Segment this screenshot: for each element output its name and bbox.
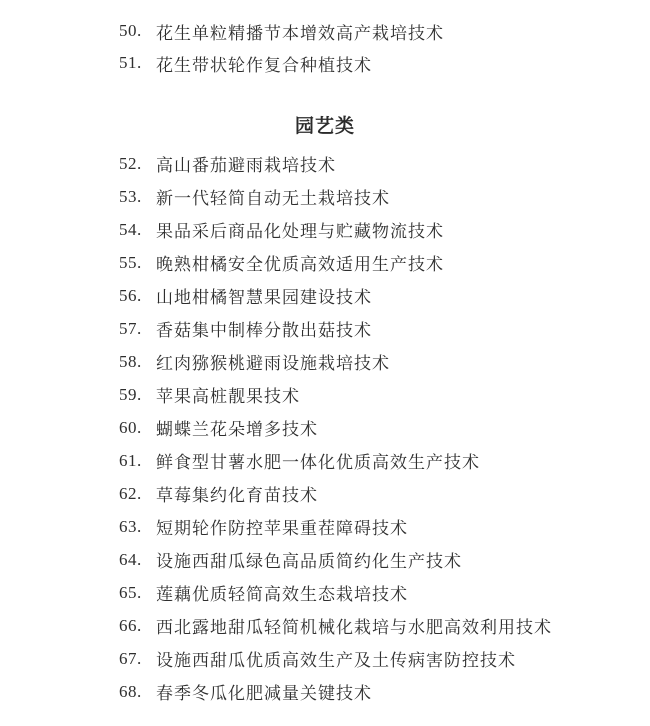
item-number: 65. — [119, 583, 156, 603]
list-item: 53.新一代轻简自动无土栽培技术 — [0, 180, 650, 213]
list-horticulture: 52.高山番茄避雨栽培技术53.新一代轻简自动无土栽培技术54.果品采后商品化处… — [0, 147, 650, 708]
item-number: 62. — [119, 484, 156, 504]
list-item: 60.蝴蝶兰花朵增多技术 — [0, 411, 650, 444]
list-item: 52.高山番茄避雨栽培技术 — [0, 147, 650, 180]
list-item: 57.香菇集中制棒分散出菇技术 — [0, 312, 650, 345]
item-text: 设施西甜瓜绿色高品质简约化生产技术 — [156, 547, 462, 572]
item-number: 54. — [119, 220, 156, 240]
item-number: 64. — [119, 550, 156, 570]
list-item: 68.春季冬瓜化肥减量关键技术 — [0, 675, 650, 708]
list-item: 67.设施西甜瓜优质高效生产及土传病害防控技术 — [0, 642, 650, 675]
item-text: 苹果高桩靓果技术 — [156, 382, 300, 407]
item-text: 果品采后商品化处理与贮藏物流技术 — [156, 217, 444, 242]
list-top: 50.花生单粒精播节本增效高产栽培技术51.花生带状轮作复合种植技术 — [0, 15, 650, 79]
item-text: 晚熟柑橘安全优质高效适用生产技术 — [156, 250, 444, 275]
list-item: 64.设施西甜瓜绿色高品质简约化生产技术 — [0, 543, 650, 576]
list-item: 58.红肉猕猴桃避雨设施栽培技术 — [0, 345, 650, 378]
list-item: 56.山地柑橘智慧果园建设技术 — [0, 279, 650, 312]
item-number: 55. — [119, 253, 156, 273]
item-text: 草莓集约化育苗技术 — [156, 481, 318, 506]
list-item: 66.西北露地甜瓜轻简机械化栽培与水肥高效利用技术 — [0, 609, 650, 642]
item-number: 59. — [119, 385, 156, 405]
item-number: 56. — [119, 286, 156, 306]
item-number: 68. — [119, 682, 156, 702]
item-number: 51. — [119, 53, 156, 73]
item-number: 58. — [119, 352, 156, 372]
item-number: 67. — [119, 649, 156, 669]
list-item: 61.鲜食型甘薯水肥一体化优质高效生产技术 — [0, 444, 650, 477]
list-item: 65.莲藕优质轻简高效生态栽培技术 — [0, 576, 650, 609]
list-item: 63.短期轮作防控苹果重茬障碍技术 — [0, 510, 650, 543]
item-number: 60. — [119, 418, 156, 438]
item-number: 57. — [119, 319, 156, 339]
item-text: 设施西甜瓜优质高效生产及土传病害防控技术 — [156, 646, 516, 671]
item-text: 短期轮作防控苹果重茬障碍技术 — [156, 514, 408, 539]
item-text: 蝴蝶兰花朵增多技术 — [156, 415, 318, 440]
item-text: 新一代轻简自动无土栽培技术 — [156, 184, 390, 209]
item-number: 63. — [119, 517, 156, 537]
item-number: 66. — [119, 616, 156, 636]
section-heading: 园艺类 — [0, 115, 650, 139]
item-number: 50. — [119, 21, 156, 41]
item-text: 花生带状轮作复合种植技术 — [156, 51, 372, 76]
item-number: 53. — [119, 187, 156, 207]
item-number: 61. — [119, 451, 156, 471]
item-text: 高山番茄避雨栽培技术 — [156, 151, 336, 176]
list-item: 51.花生带状轮作复合种植技术 — [0, 47, 650, 79]
list-item: 55.晚熟柑橘安全优质高效适用生产技术 — [0, 246, 650, 279]
item-text: 红肉猕猴桃避雨设施栽培技术 — [156, 349, 390, 374]
item-text: 鲜食型甘薯水肥一体化优质高效生产技术 — [156, 448, 480, 473]
list-item: 59.苹果高桩靓果技术 — [0, 378, 650, 411]
item-text: 春季冬瓜化肥减量关键技术 — [156, 679, 372, 704]
list-item: 54.果品采后商品化处理与贮藏物流技术 — [0, 213, 650, 246]
item-text: 山地柑橘智慧果园建设技术 — [156, 283, 372, 308]
item-text: 西北露地甜瓜轻简机械化栽培与水肥高效利用技术 — [156, 613, 552, 638]
list-item: 50.花生单粒精播节本增效高产栽培技术 — [0, 15, 650, 47]
item-text: 花生单粒精播节本增效高产栽培技术 — [156, 19, 444, 44]
list-item: 62.草莓集约化育苗技术 — [0, 477, 650, 510]
document-page: 50.花生单粒精播节本增效高产栽培技术51.花生带状轮作复合种植技术 园艺类 5… — [0, 0, 650, 726]
item-text: 香菇集中制棒分散出菇技术 — [156, 316, 372, 341]
item-number: 52. — [119, 154, 156, 174]
item-text: 莲藕优质轻简高效生态栽培技术 — [156, 580, 408, 605]
